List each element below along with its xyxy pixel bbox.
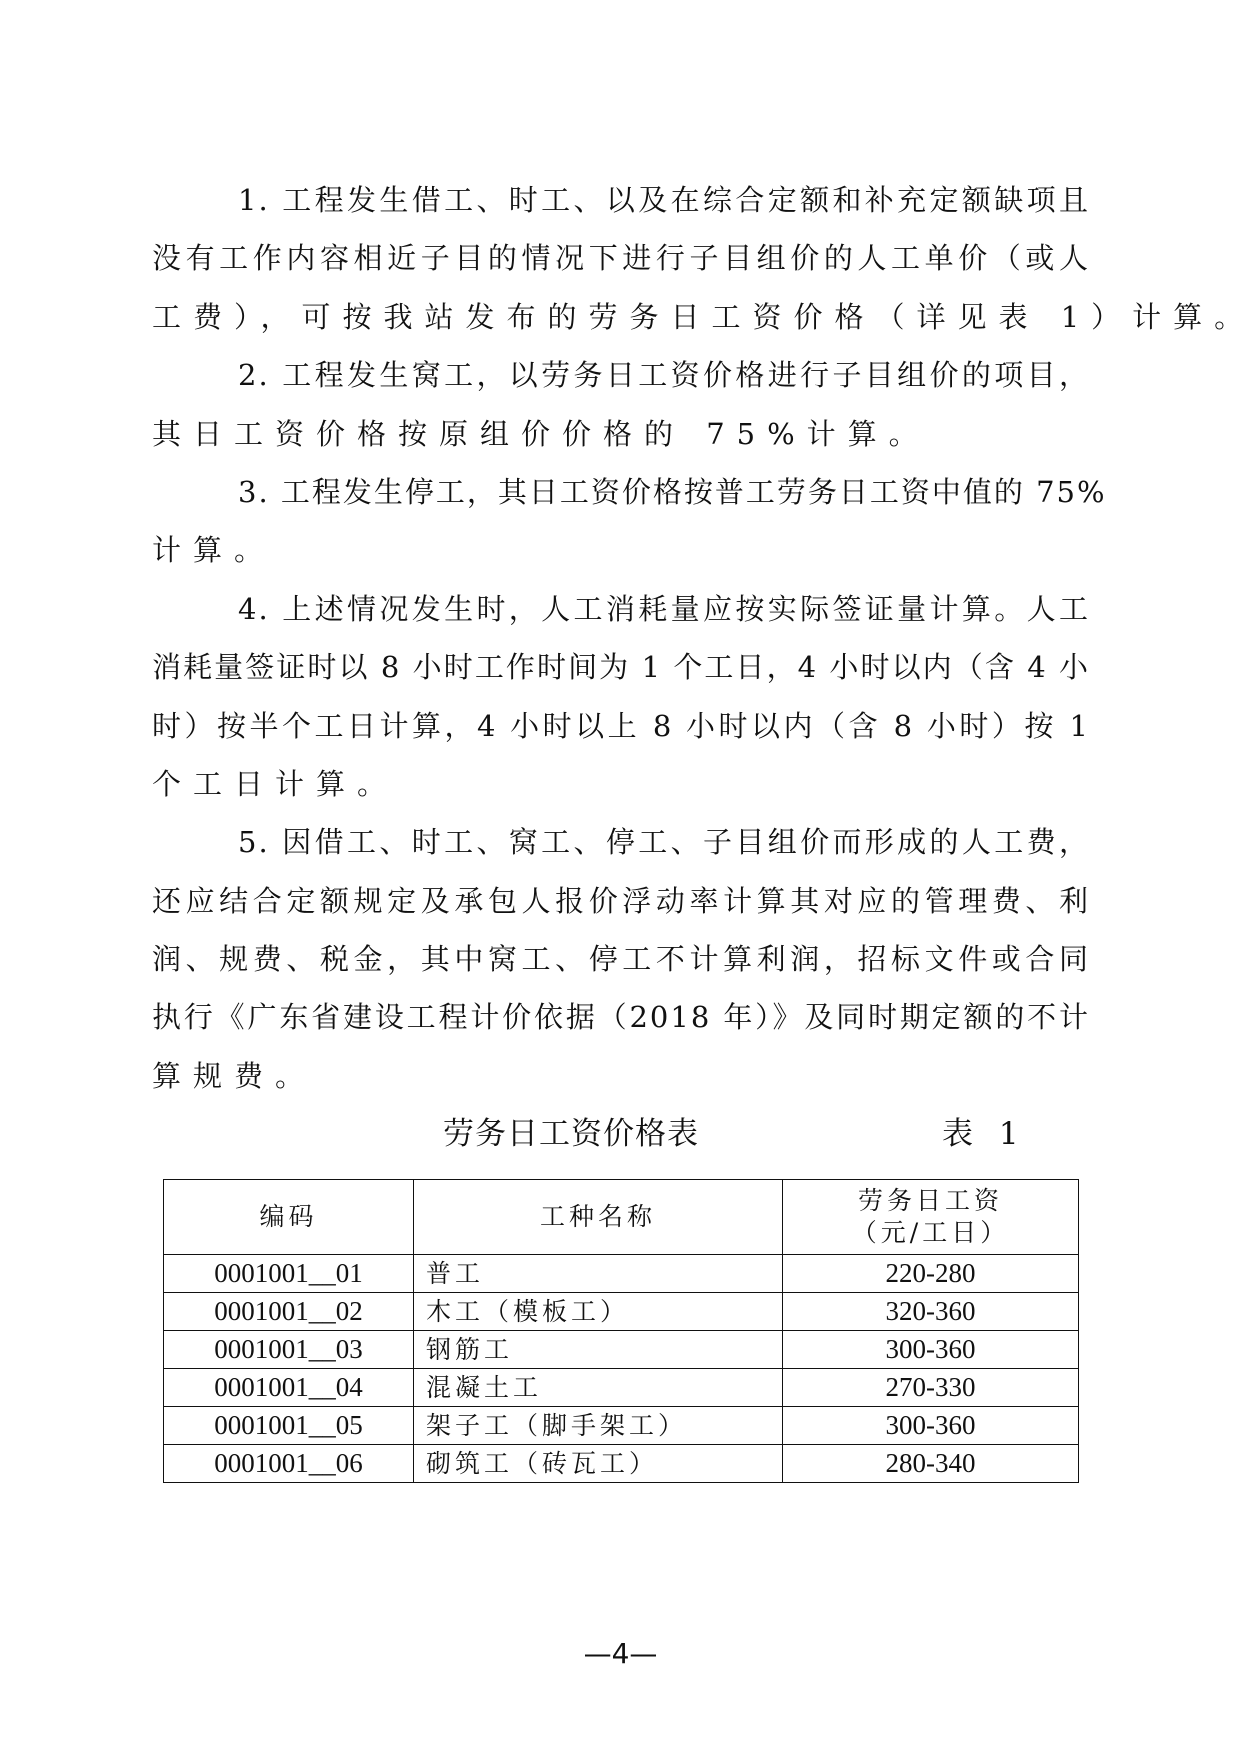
paragraph-4-line-4: 个工日计算。 xyxy=(152,755,1090,813)
cell-code: 0001001__02 xyxy=(164,1293,414,1331)
header-code: 编码 xyxy=(164,1180,414,1255)
paragraph-2-line-1: 2. 工程发生窝工，以劳务日工资价格进行子目组价的项目， xyxy=(152,346,1090,404)
cell-wage: 280-340 xyxy=(783,1445,1079,1483)
cell-code: 0001001__06 xyxy=(164,1445,414,1483)
paragraph-4-line-3: 时）按半个工日计算，4 小时以上 8 小时以内（含 8 小时）按 1 xyxy=(152,697,1090,755)
cell-name: 混凝土工 xyxy=(414,1369,783,1407)
cell-wage: 300-360 xyxy=(783,1407,1079,1445)
paragraph-1-line-2: 没有工作内容相近子目的情况下进行子目组价的人工单价（或人 xyxy=(152,229,1090,287)
table-row: 0001001__04 混凝土工 270-330 xyxy=(164,1369,1079,1407)
paragraph-5-line-5: 算规费。 xyxy=(152,1047,1090,1105)
cell-wage: 320-360 xyxy=(783,1293,1079,1331)
paragraph-5-line-2: 还应结合定额规定及承包人报价浮动率计算其对应的管理费、利 xyxy=(152,872,1090,930)
paragraph-4-line-1: 4. 上述情况发生时，人工消耗量应按实际签证量计算。人工 xyxy=(152,580,1090,638)
header-wage: 劳务日工资 （元/工日） xyxy=(783,1180,1079,1255)
header-name: 工种名称 xyxy=(414,1180,783,1255)
table-row: 0001001__06 砌筑工（砖瓦工） 280-340 xyxy=(164,1445,1079,1483)
paragraph-1-line-1: 1. 工程发生借工、时工、以及在综合定额和补充定额缺项且 xyxy=(152,171,1090,229)
table-row: 0001001__01 普工 220-280 xyxy=(164,1255,1079,1293)
page-number: —4— xyxy=(0,1636,1241,1672)
cell-name: 砌筑工（砖瓦工） xyxy=(414,1445,783,1483)
cell-wage: 300-360 xyxy=(783,1331,1079,1369)
cell-code: 0001001__03 xyxy=(164,1331,414,1369)
paragraph-3-line-2: 计算。 xyxy=(152,521,1090,579)
document-page: 1. 工程发生借工、时工、以及在综合定额和补充定额缺项且 没有工作内容相近子目的… xyxy=(0,0,1241,1755)
cell-code: 0001001__01 xyxy=(164,1255,414,1293)
cell-code: 0001001__05 xyxy=(164,1407,414,1445)
paragraph-4-line-2: 消耗量签证时以 8 小时工作时间为 1 个工日，4 小时以内（含 4 小 xyxy=(152,638,1090,696)
table-caption-row: 劳务日工资价格表 表 1 xyxy=(0,1112,1241,1156)
table-row: 0001001__02 木工（模板工） 320-360 xyxy=(164,1293,1079,1331)
header-wage-line-2: （元/工日） xyxy=(783,1217,1078,1249)
header-wage-line-1: 劳务日工资 xyxy=(783,1185,1078,1217)
cell-name: 普工 xyxy=(414,1255,783,1293)
header-name-label: 工种名称 xyxy=(540,1202,656,1231)
cell-code: 0001001__04 xyxy=(164,1369,414,1407)
paragraph-2-line-2: 其日工资价格按原组价价格的 75%计算。 xyxy=(152,405,1090,463)
cell-wage: 270-330 xyxy=(783,1369,1079,1407)
paragraph-5-line-3: 润、规费、税金，其中窝工、停工不计算利润，招标文件或合同 xyxy=(152,930,1090,988)
table-header-row: 编码 工种名称 劳务日工资 （元/工日） xyxy=(164,1180,1079,1255)
paragraph-5-line-1: 5. 因借工、时工、窝工、停工、子目组价而形成的人工费， xyxy=(152,813,1090,871)
cell-name: 架子工（脚手架工） xyxy=(414,1407,783,1445)
cell-wage: 220-280 xyxy=(783,1255,1079,1293)
paragraph-1-line-3: 工费），可按我站发布的劳务日工资价格（详见表 1）计算。 xyxy=(152,288,1090,346)
table-row: 0001001__05 架子工（脚手架工） 300-360 xyxy=(164,1407,1079,1445)
table-row: 0001001__03 钢筋工 300-360 xyxy=(164,1331,1079,1369)
paragraph-3-line-1: 3. 工程发生停工，其日工资价格按普工劳务日工资中值的 75% xyxy=(152,463,1090,521)
wage-price-table: 编码 工种名称 劳务日工资 （元/工日） 0001001__01 普工 220-… xyxy=(163,1179,1079,1483)
header-code-label: 编码 xyxy=(259,1202,317,1231)
table-number-label: 表 1 xyxy=(942,1112,1027,1156)
cell-name: 木工（模板工） xyxy=(414,1293,783,1331)
body-text: 1. 工程发生借工、时工、以及在综合定额和补充定额缺项且 没有工作内容相近子目的… xyxy=(152,171,1090,1105)
table-caption: 劳务日工资价格表 xyxy=(443,1112,699,1156)
paragraph-5-line-4: 执行《广东省建设工程计价依据（2018 年）》及同时期定额的不计 xyxy=(152,988,1090,1046)
cell-name: 钢筋工 xyxy=(414,1331,783,1369)
